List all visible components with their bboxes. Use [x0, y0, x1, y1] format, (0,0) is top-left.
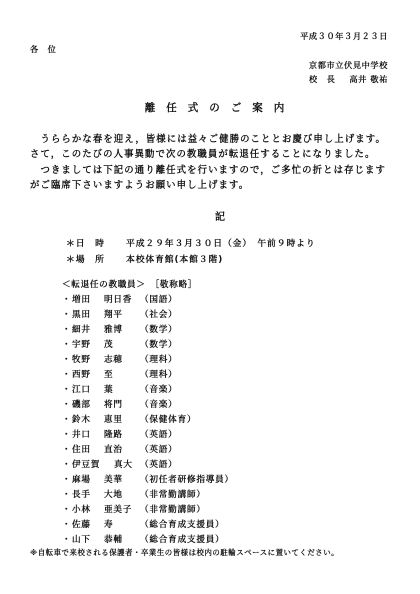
- staff-item: ・江口葉（音楽）: [62, 383, 178, 395]
- place-value: 本校体育館(本館３階): [126, 255, 223, 265]
- staff-item: ・西野至（理科）: [62, 368, 178, 380]
- detail-datetime: ＊日 時平成２９年３月３０日（金） 午前９時より: [66, 236, 316, 249]
- staff-item: ・増田明日香（国語）: [62, 293, 178, 305]
- sender-title: 校 長: [309, 74, 335, 84]
- place-label: ＊場 所: [66, 252, 126, 265]
- ki-heading: 記: [0, 208, 420, 223]
- staff-item: ・小林亜美子（非常勤講師）: [62, 503, 206, 515]
- staff-item: ・牧野志穂（理科）: [62, 353, 178, 365]
- staff-item: ・住田直治（英語）: [62, 443, 178, 455]
- staff-item: ・宇野茂（数学）: [62, 338, 178, 350]
- sender-principal: 校 長高井 敬祐: [309, 74, 388, 85]
- sender-organization: 京都市立伏見中学校: [309, 60, 388, 71]
- staff-item: ・鈴木恵里（保健体育）: [62, 413, 196, 425]
- staff-item: ・佐藤寿（総合育成支援員）: [62, 518, 225, 530]
- staff-item: ・黒田翔平（社会）: [62, 308, 178, 320]
- staff-item: ・磯部将門（音楽）: [62, 398, 178, 410]
- staff-item: ・長手大地（非常勤講師）: [62, 488, 206, 500]
- staff-item: ・井口隆路（英語）: [62, 428, 178, 440]
- body-line-1: うららかな春を迎え，皆様には益々ご健勝のこととお慶び申し上げます。: [30, 131, 386, 145]
- document-title: 離任式のご案内: [0, 100, 420, 115]
- body-line-2: さて，このたびの人事異動で次の教職員が転退任することになりました。: [30, 146, 376, 160]
- footnote: ※自転車で来校される保護者・卒業生の皆様は校内の駐輪スペースに置いてください。: [30, 547, 339, 558]
- addressee: 各 位: [30, 44, 56, 55]
- datetime-value: 平成２９年３月３０日（金） 午前９時より: [126, 239, 316, 249]
- staff-item: ・麻場美華（初任者研修指導員）: [62, 473, 234, 485]
- document-date: 平成３０年３月２３日: [300, 31, 388, 42]
- body-line-4: がご臨席下さいますようお願い申し上げます。: [30, 177, 249, 191]
- staff-item: ・山下恭輔（総合育成支援員）: [62, 533, 225, 545]
- sender-name: 高井 敬祐: [349, 74, 388, 84]
- staff-item: ・伊豆賀真大（英語）: [62, 458, 178, 470]
- datetime-label: ＊日 時: [66, 236, 126, 249]
- body-line-3: つきましては下記の通り離任式を行いますので，ご多忙の折とは存じます: [30, 162, 386, 176]
- staff-list-header: ＜転退任の教職員＞ ［敬称略］: [62, 278, 197, 290]
- detail-place: ＊場 所本校体育館(本館３階): [66, 252, 223, 265]
- staff-item: ・細井雅博（数学）: [62, 323, 178, 335]
